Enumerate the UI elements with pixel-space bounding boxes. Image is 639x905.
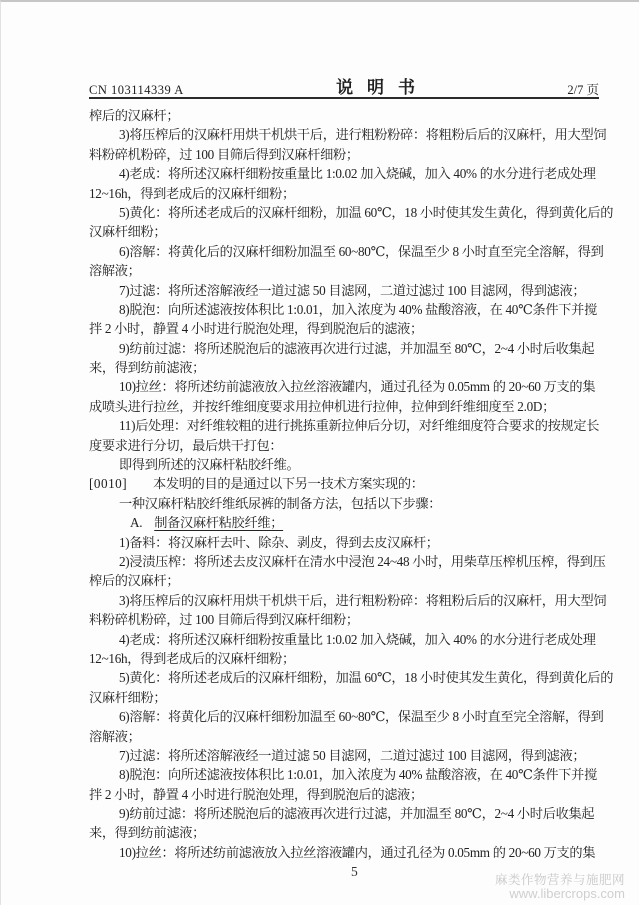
document-title: 说明书: [322, 73, 429, 98]
watermark-site-name: 麻类作物营养与施肥网: [495, 873, 625, 887]
body-line: 10)拉丝：将所述纺前滤液放入拉丝溶液罐内，通过孔径为 0.05mm 的 20~…: [89, 377, 605, 396]
body-line: 即得到所述的汉麻杆粘胶纤维。: [89, 455, 605, 474]
patent-specification-page: CN 103114339 A 说明书 2/7 页 榨后的汉麻杆；3)将压榨后的汉…: [0, 0, 639, 905]
page-header: CN 103114339 A 说明书 2/7 页: [89, 78, 599, 98]
watermark: 麻类作物营养与施肥网 www.libercrops.com: [495, 873, 625, 901]
body-line: 汉麻杆细粉；: [89, 688, 605, 707]
body-line: 来，得到纺前滤液；: [89, 823, 605, 842]
body-line: 度要求进行分切，最后烘干打包：: [89, 436, 605, 455]
body-line: A.制备汉麻杆粘胶纤维；: [89, 513, 605, 532]
body-line: 3)将压榨后的汉麻杆用烘干机烘干后，进行粗粉粉碎：将粗粉后后的汉麻杆，用大型饲: [89, 125, 605, 144]
publication-number: CN 103114339 A: [89, 83, 184, 98]
body-line: [0010]本发明的目的是通过以下另一技术方案实现的：: [89, 474, 605, 493]
body-line: 拌 2 小时，静置 4 小时进行脱泡处理，得到脱泡后的滤液；: [89, 319, 605, 338]
body-line: 11)后处理：对纤维较粗的进行挑拣重新拉伸后分切，对纤维细度符合要求的按规定长: [89, 416, 605, 435]
body-line: 3)将压榨后的汉麻杆用烘干机烘干后，进行粗粉粉碎：将粗粉后后的汉麻杆，用大型饲: [89, 591, 605, 610]
body-line: 5)黄化：将所述老成后的汉麻杆细粉，加温 60℃，18 小时使其发生黄化，得到黄…: [89, 203, 605, 222]
body-line: 6)溶解：将黄化后的汉麻杆细粉加温至 60~80℃，保温至少 8 小时直至完全溶…: [89, 707, 605, 726]
body-line: 12~16h，得到老成后的汉麻杆细粉；: [89, 649, 605, 668]
body-line: 榨后的汉麻杆；: [89, 571, 605, 590]
body-line: 10)拉丝：将所述纺前滤液放入拉丝溶液罐内，通过孔径为 0.05mm 的 20~…: [89, 843, 605, 862]
body-line: 7)过滤：将所述溶解液经一道过滤 50 目滤网，二道过滤过 100 目滤网，得到…: [89, 746, 605, 765]
body-line: 4)老成：将所述汉麻杆细粉按重量比 1:0.02 加入烧碱，加入 40% 的水分…: [89, 164, 605, 183]
body-line: 溶解液；: [89, 727, 605, 746]
body-line: 7)过滤：将所述溶解液经一道过滤 50 目滤网，二道过滤过 100 目滤网，得到…: [89, 281, 605, 300]
header-divider: [89, 97, 599, 99]
body-line: 6)溶解：将黄化后的汉麻杆细粉加温至 60~80℃，保温至少 8 小时直至完全溶…: [89, 242, 605, 261]
body-line: 1)备料：将汉麻杆去叶、除杂、剥皮，得到去皮汉麻杆；: [89, 533, 605, 552]
body-line: 汉麻杆细粉；: [89, 222, 605, 241]
body-line: 9)纺前过滤：将所述脱泡后的滤液再次进行过滤，并加温至 80℃，2~4 小时后收…: [89, 339, 605, 358]
body-line: 溶解液；: [89, 261, 605, 280]
body-line: 9)纺前过滤：将所述脱泡后的滤液再次进行过滤，并加温至 80℃，2~4 小时后收…: [89, 804, 605, 823]
section-prefix: A.: [130, 515, 142, 530]
body-line: 成喷头进行拉丝，并按纤维细度要求用拉伸机进行拉伸，拉伸到纤维细度至 2.0D；: [89, 397, 605, 416]
specification-body: 榨后的汉麻杆；3)将压榨后的汉麻杆用烘干机烘干后，进行粗粉粉碎：将粗粉后后的汉麻…: [89, 106, 605, 862]
body-line: 2)浸渍压榨：将所述去皮汉麻杆在清水中浸泡 24~48 小时，用柴草压榨机压榨，…: [89, 552, 605, 571]
body-line: 料粉碎机粉碎，过 100 目筛后得到汉麻杆细粉；: [89, 145, 605, 164]
body-line: 5)黄化：将所述老成后的汉麻杆细粉，加温 60℃，18 小时使其发生黄化，得到黄…: [89, 668, 605, 687]
page-number: 5: [351, 864, 358, 880]
body-line: 8)脱泡：向所述滤液按体积比 1:0.01，加入浓度为 40% 盐酸溶液，在 4…: [89, 765, 605, 784]
watermark-site-url: www.libercrops.com: [495, 887, 625, 901]
body-line: 拌 2 小时，静置 4 小时进行脱泡处理，得到脱泡后的滤液；: [89, 785, 605, 804]
body-line: 来，得到纺前滤液；: [89, 358, 605, 377]
body-line: 一种汉麻杆粘胶纤维纸尿裤的制备方法，包括以下步骤：: [89, 494, 605, 513]
body-line: 料粉碎机粉碎，过 100 目筛后得到汉麻杆细粉；: [89, 610, 605, 629]
body-line: 榨后的汉麻杆；: [89, 106, 605, 125]
body-line: 8)脱泡：向所述滤液按体积比 1:0.01，加入浓度为 40% 盐酸溶液，在 4…: [89, 300, 605, 319]
body-line: 12~16h，得到老成后的汉麻杆细粉；: [89, 184, 605, 203]
page-indicator: 2/7 页: [567, 80, 599, 98]
section-heading-underlined: 制备汉麻杆粘胶纤维；: [154, 515, 283, 530]
body-line: 4)老成：将所述汉麻杆细粉按重量比 1:0.02 加入烧碱，加入 40% 的水分…: [89, 630, 605, 649]
paragraph-label: [0010]: [89, 474, 153, 493]
